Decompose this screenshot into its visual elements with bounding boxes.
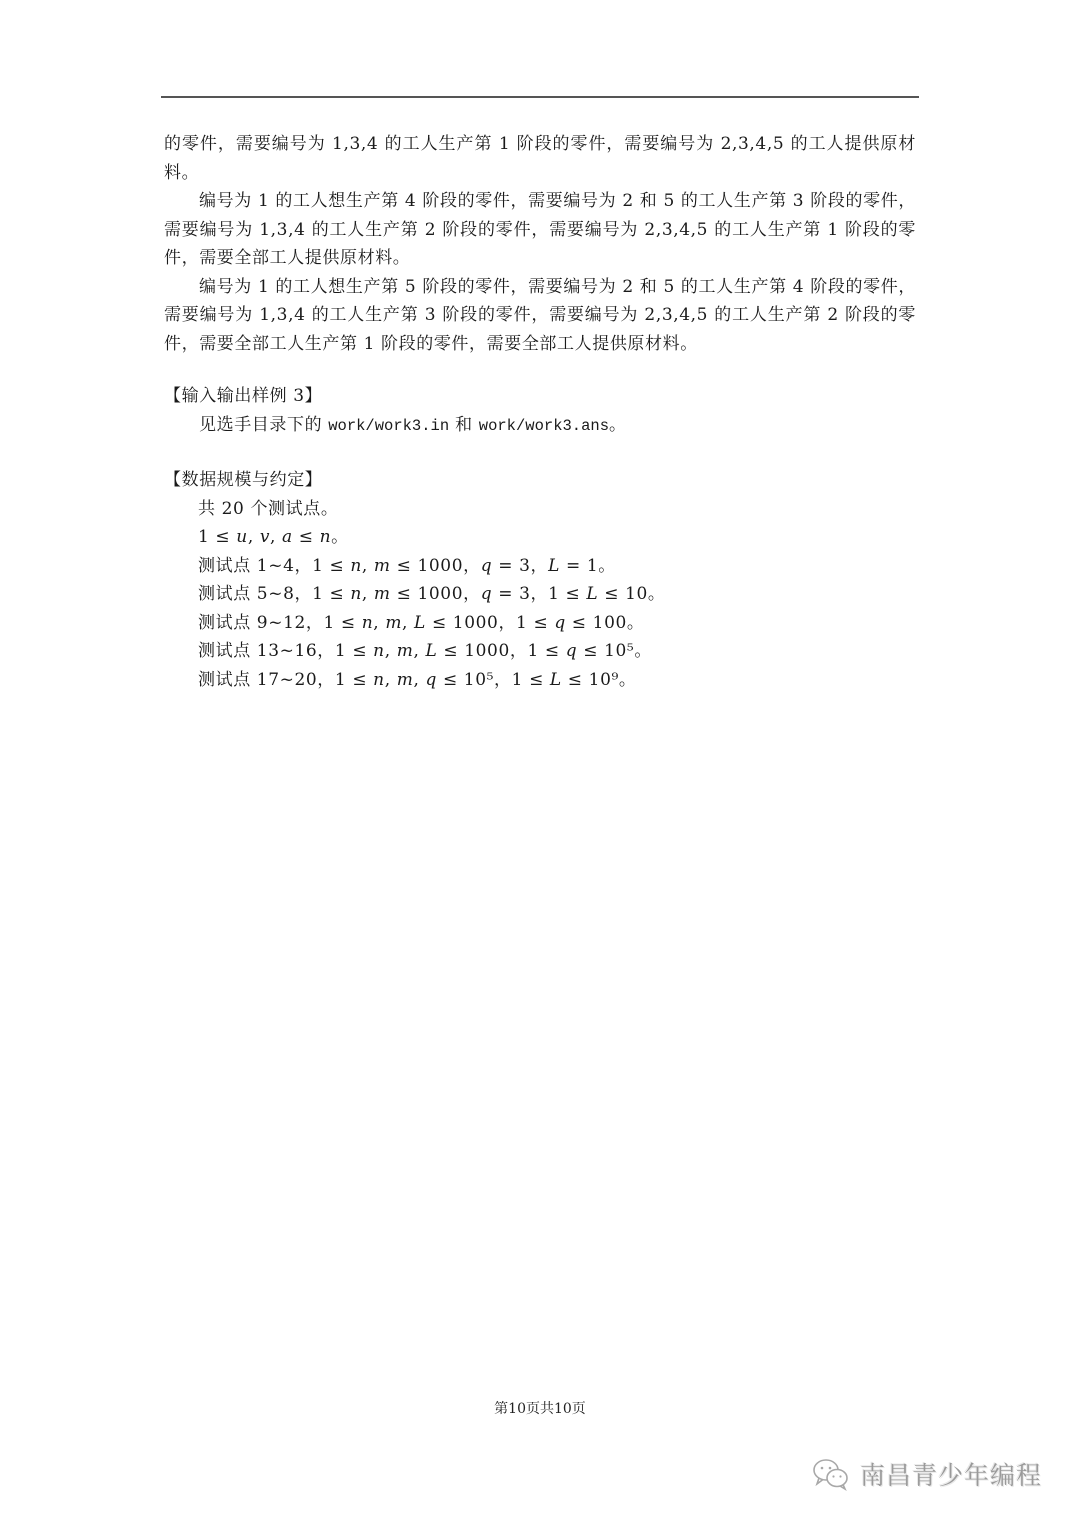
header-rule [161,96,919,98]
sample-3-input-file: work/work3.in [328,417,449,435]
sample-3-description: 见选手目录下的 work/work3.in 和 work/work3.ans。 [164,411,916,441]
sample-3-prefix: 见选手目录下的 [199,415,322,435]
constraint-line-tests-5-8: 测试点 5~8，1 ≤ 𝑛, 𝑚 ≤ 1000，𝑞 = 3，1 ≤ 𝐿 ≤ 10… [164,580,916,609]
constraint-line-total: 共 20 个测试点。 [164,495,916,524]
section-title-constraints: 【数据规模与约定】 [164,466,916,495]
paragraph-continuation: 的零件，需要编号为 1,3,4 的工人生产第 1 阶段的零件，需要编号为 2,3… [164,130,916,187]
page-number: 第10页共10页 [0,1398,1080,1418]
constraint-line-tests-1-4: 测试点 1~4，1 ≤ 𝑛, 𝑚 ≤ 1000，𝑞 = 3，𝐿 = 1。 [164,552,916,581]
paragraph-stage-5-example: 编号为 1 的工人想生产第 5 阶段的零件，需要编号为 2 和 5 的工人生产第… [164,273,916,359]
section-title-sample-3: 【输入输出样例 3】 [164,382,916,411]
sample-3-conjunction: 和 [455,415,473,435]
sample-3-answer-file: work/work3.ans [479,417,609,435]
watermark-text: 南昌青少年编程 [860,1456,1042,1492]
paragraph-stage-4-example: 编号为 1 的工人想生产第 4 阶段的零件，需要编号为 2 和 5 的工人生产第… [164,187,916,273]
constraint-line-tests-13-16: 测试点 13~16，1 ≤ 𝑛, 𝑚, 𝐿 ≤ 1000，1 ≤ 𝑞 ≤ 10⁵… [164,637,916,666]
constraint-line-tests-17-20: 测试点 17~20，1 ≤ 𝑛, 𝑚, 𝑞 ≤ 10⁵，1 ≤ 𝐿 ≤ 10⁹。 [164,666,916,695]
constraint-line-range: 1 ≤ 𝑢, 𝑣, 𝑎 ≤ 𝑛。 [164,523,916,552]
wechat-icon [812,1457,850,1491]
document-body: 的零件，需要编号为 1,3,4 的工人生产第 1 阶段的零件，需要编号为 2,3… [164,130,916,694]
watermark: 南昌青少年编程 [812,1456,1042,1492]
constraints-list: 共 20 个测试点。 1 ≤ 𝑢, 𝑣, 𝑎 ≤ 𝑛。 测试点 1~4，1 ≤ … [164,495,916,695]
constraint-line-tests-9-12: 测试点 9~12，1 ≤ 𝑛, 𝑚, 𝐿 ≤ 1000，1 ≤ 𝑞 ≤ 100。 [164,609,916,638]
sample-3-suffix: 。 [609,415,627,435]
